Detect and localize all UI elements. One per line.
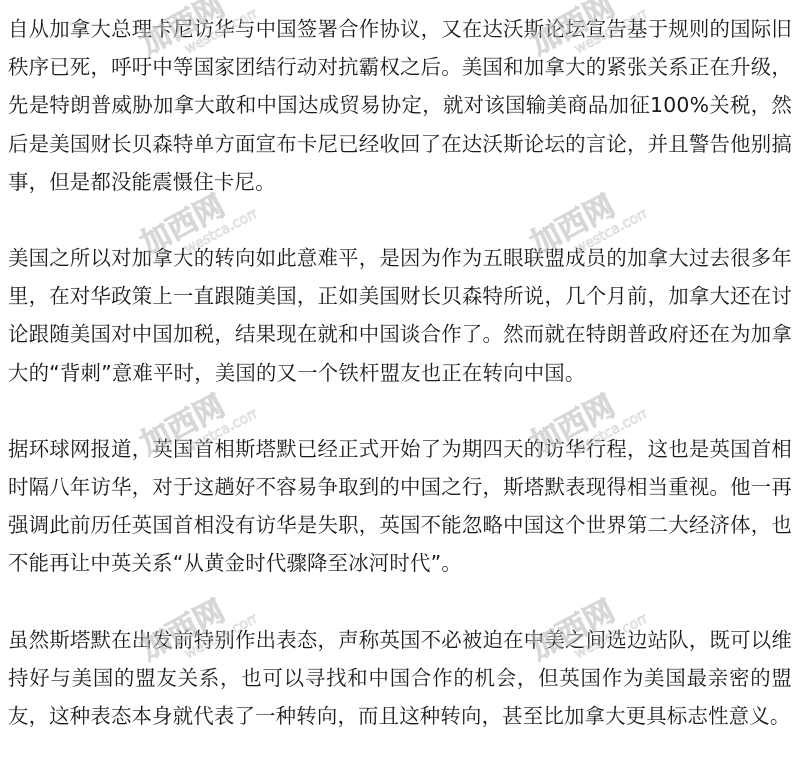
article-paragraph-3: 据环球网报道，英国首相斯塔默已经正式开始了为期四天的访华行程，这也是英国首相时隔… bbox=[8, 430, 792, 583]
article-paragraph-4: 虽然斯塔默在出发前特别作出表态，声称英国不必被迫在中美之间选边站队，既可以维持好… bbox=[8, 621, 792, 736]
article-paragraph-2: 美国之所以对加拿大的转向如此意难平，是因为作为五眼联盟成员的加拿大过去很多年里，… bbox=[8, 239, 792, 392]
article-paragraph-1: 自从加拿大总理卡尼访华与中国签署合作协议，又在达沃斯论坛宣告基于规则的国际旧秩序… bbox=[8, 10, 792, 201]
article-body: 自从加拿大总理卡尼访华与中国签署合作协议，又在达沃斯论坛宣告基于规则的国际旧秩序… bbox=[8, 10, 792, 735]
